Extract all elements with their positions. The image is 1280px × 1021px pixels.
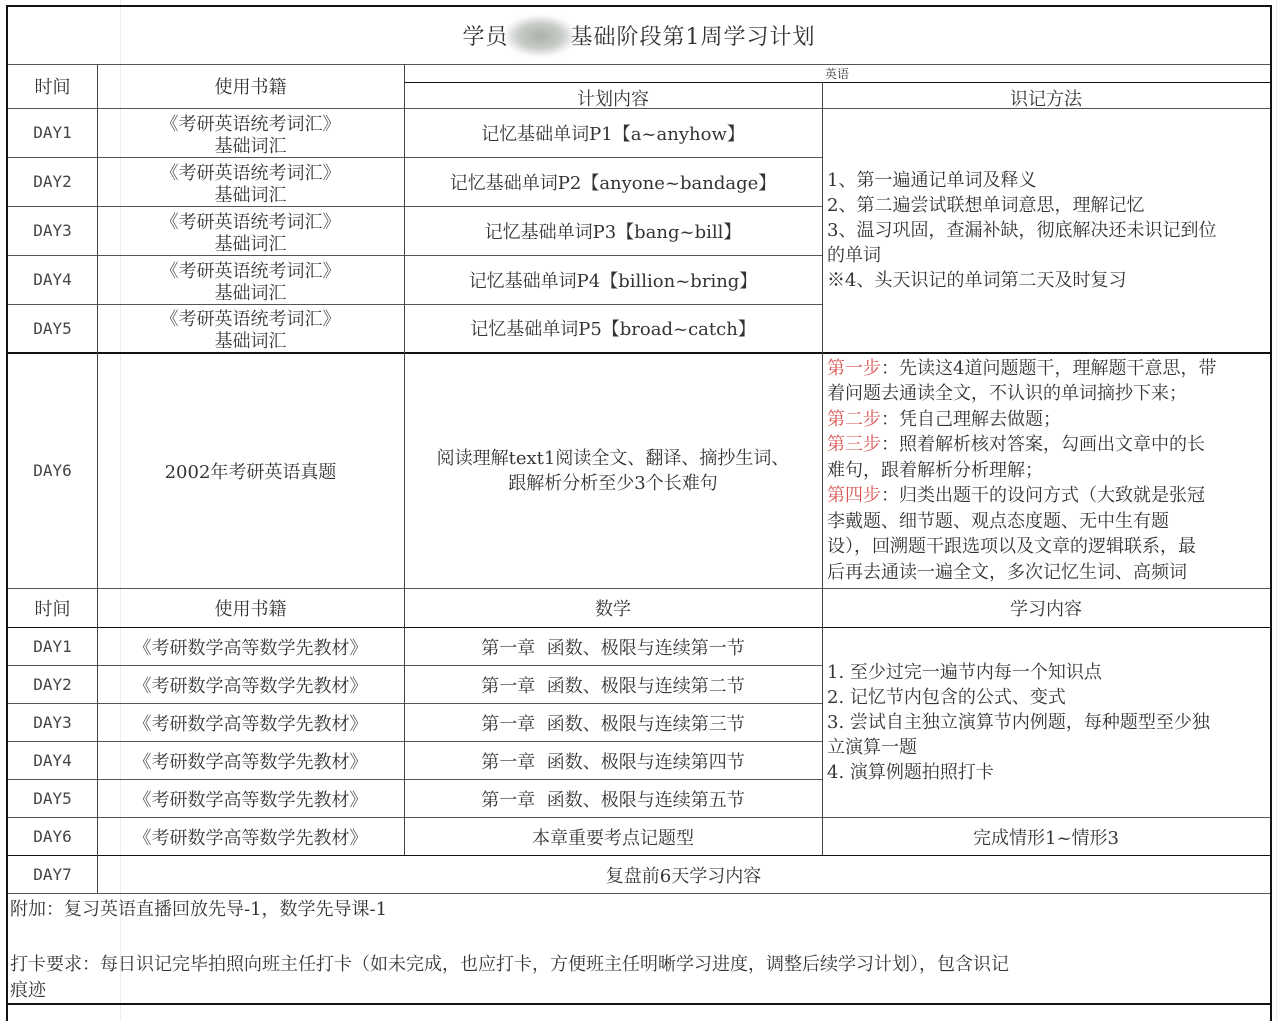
step-line: 第四步：归类出题干的设问方式（大致就是张冠 (827, 483, 1205, 509)
math-book-cell: 《考研数学高等数学先教材》 (97, 742, 404, 779)
step-line: 后再去通读一遍全文，多次记忆生词、高频词 (827, 560, 1187, 586)
row-divider (8, 1003, 1270, 1005)
book-subtitle: 基础词汇 (215, 331, 287, 352)
plan-line: 跟解析分析至少3个长难句 (508, 471, 717, 496)
step-label: 第二步 (827, 409, 881, 430)
english-plan-cell: 记忆基础单词P3【bang~bill】 (404, 206, 822, 255)
english-book-cell: 《考研英语统考词汇》基础词汇 (97, 157, 404, 206)
method-line: 的单词 (827, 243, 881, 268)
english-book-cell: 《考研英语统考词汇》基础词汇 (97, 108, 404, 157)
math-day6-plan: 本章重要考点记题型 (404, 818, 822, 855)
content-line: 3. 尝试自主独立演算节内例题，每种题型至少独 (827, 710, 1210, 735)
step-line: 着问题去通读全文，不认识的单词摘抄下来； (827, 381, 1187, 407)
step-line: 李戴题、细节题、观点态度题、无中生有题 (827, 509, 1169, 535)
step-line: 设），回溯题干跟选项以及文章的逻辑联系，最 (827, 534, 1196, 560)
math-day-cell: DAY4 (8, 742, 97, 779)
english-plan-cell: 记忆基础单词P1【a~anyhow】 (404, 108, 822, 157)
math-plan-cell: 第一章 函数、极限与连续第一节 (404, 628, 822, 665)
math-book-cell: 《考研数学高等数学先教材》 (97, 628, 404, 665)
math-plan-cell: 第一章 函数、极限与连续第五节 (404, 780, 822, 817)
math-header-content: 学习内容 (822, 589, 1270, 627)
math-header-book: 使用书籍 (97, 589, 404, 627)
book-title: 《考研英语统考词汇》 (161, 309, 341, 331)
math-day6-cell: DAY6 (8, 818, 97, 855)
english-day6-book: 2002年考研英语真题 (97, 353, 404, 588)
header-plan: 计划内容 (404, 84, 822, 108)
math-book-cell: 《考研数学高等数学先教材》 (97, 704, 404, 741)
background-gridline (1276, 0, 1277, 1021)
header-book: 使用书籍 (97, 64, 404, 108)
footer-extra: 附加：复习英语直播回放先导-1，数学先导课-1 (10, 897, 387, 923)
title-suffix: 基础阶段第1周学习计划 (571, 20, 816, 51)
math-plan-cell: 第一章 函数、极限与连续第四节 (404, 742, 822, 779)
book-title: 《考研英语统考词汇》 (161, 114, 341, 136)
step-label: 第三步 (827, 434, 881, 455)
method-line: 2、第二遍尝试联想单词意思，理解记忆 (827, 193, 1144, 218)
english-day-cell: DAY1 (8, 108, 97, 157)
english-book-cell: 《考研英语统考词汇》基础词汇 (97, 304, 404, 352)
math-day-cell: DAY2 (8, 666, 97, 703)
book-title: 《考研英语统考词汇》 (161, 261, 341, 283)
content-line: 2. 记忆节内包含的公式、变式 (827, 685, 1066, 710)
math-day6-content: 完成情形1~情形3 (822, 818, 1270, 855)
english-day-cell: DAY5 (8, 304, 97, 352)
page-title: 学员基础阶段第1周学习计划 (8, 7, 1270, 64)
math-day6-book: 《考研数学高等数学先教材》 (97, 818, 404, 855)
row-divider (8, 893, 1270, 894)
english-book-cell: 《考研英语统考词汇》基础词汇 (97, 255, 404, 304)
step-line: 第一步：先读这4道问题题干，理解题干意思，带 (827, 356, 1216, 382)
method-line: 3、温习巩固，查漏补缺，彻底解决还未识记到位 (827, 218, 1216, 243)
math-header-subject: 数学 (404, 589, 822, 627)
english-plan-cell: 记忆基础单词P4【billion~bring】 (404, 255, 822, 304)
math-day-cell: DAY5 (8, 780, 97, 817)
book-title: 《考研英语统考词汇》 (161, 212, 341, 234)
day7-content: 复盘前6天学习内容 (97, 856, 1270, 893)
step-line: 第二步：凭自己理解去做题； (827, 407, 1061, 433)
math-content-cell: 1. 至少过完一遍节内每一个知识点 2. 记忆节内包含的公式、变式 3. 尝试自… (823, 628, 1270, 817)
content-line: 4. 演算例题拍照打卡 (827, 760, 994, 785)
math-plan-cell: 第一章 函数、极限与连续第三节 (404, 704, 822, 741)
english-day6-steps: 第一步：先读这4道问题题干，理解题干意思，带 着问题去通读全文，不认识的单词摘抄… (823, 353, 1270, 588)
row-divider (404, 82, 1270, 83)
english-method-cell: 1、第一遍通记单词及释义 2、第二遍尝试联想单词意思，理解记忆 3、温习巩固，查… (823, 108, 1270, 352)
english-day-cell: DAY4 (8, 255, 97, 304)
method-line: ※4、头天识记的单词第二天及时复习 (827, 268, 1126, 293)
header-time: 时间 (8, 64, 97, 108)
english-plan-cell: 记忆基础单词P5【broad~catch】 (404, 304, 822, 352)
redacted-name (505, 16, 575, 56)
day7-cell: DAY7 (8, 856, 97, 893)
english-plan-cell: 记忆基础单词P2【anyone~bandage】 (404, 157, 822, 206)
math-header-time: 时间 (8, 589, 97, 627)
english-book-cell: 《考研英语统考词汇》基础词汇 (97, 206, 404, 255)
english-day6-plan: 阅读理解text1阅读全文、翻译、摘抄生词、 跟解析分析至少3个长难句 (404, 353, 822, 588)
book-subtitle: 基础词汇 (215, 234, 287, 256)
english-day-cell: DAY3 (8, 206, 97, 255)
content-line: 1. 至少过完一遍节内每一个知识点 (827, 660, 1102, 685)
book-subtitle: 基础词汇 (215, 185, 287, 207)
step-line: 难句，跟着解析分析理解； (827, 458, 1043, 484)
footer-checkin-line2: 痕迹 (10, 978, 46, 1004)
step-line: 第三步：照着解析核对答案，勾画出文章中的长 (827, 432, 1205, 458)
math-book-cell: 《考研数学高等数学先教材》 (97, 666, 404, 703)
section-label-english: 英语 (404, 64, 1270, 82)
step-label: 第一步 (827, 358, 881, 379)
header-method: 识记方法 (822, 84, 1270, 108)
english-day-cell: DAY2 (8, 157, 97, 206)
math-plan-cell: 第一章 函数、极限与连续第二节 (404, 666, 822, 703)
math-book-cell: 《考研数学高等数学先教材》 (97, 780, 404, 817)
english-day6-cell: DAY6 (8, 353, 97, 588)
step-label: 第四步 (827, 485, 881, 506)
book-subtitle: 基础词汇 (215, 136, 287, 158)
footer-checkin-line1: 打卡要求：每日识记完毕拍照向班主任打卡（如未完成，也应打卡，方便班主任明晰学习进… (10, 952, 1009, 978)
math-day-cell: DAY3 (8, 704, 97, 741)
book-title: 《考研英语统考词汇》 (161, 163, 341, 185)
title-prefix: 学员 (462, 20, 508, 51)
method-line: 1、第一遍通记单词及释义 (827, 168, 1036, 193)
math-day-cell: DAY1 (8, 628, 97, 665)
plan-line: 阅读理解text1阅读全文、翻译、摘抄生词、 (437, 446, 790, 471)
book-subtitle: 基础词汇 (215, 283, 287, 305)
content-line: 立演算一题 (827, 735, 917, 760)
